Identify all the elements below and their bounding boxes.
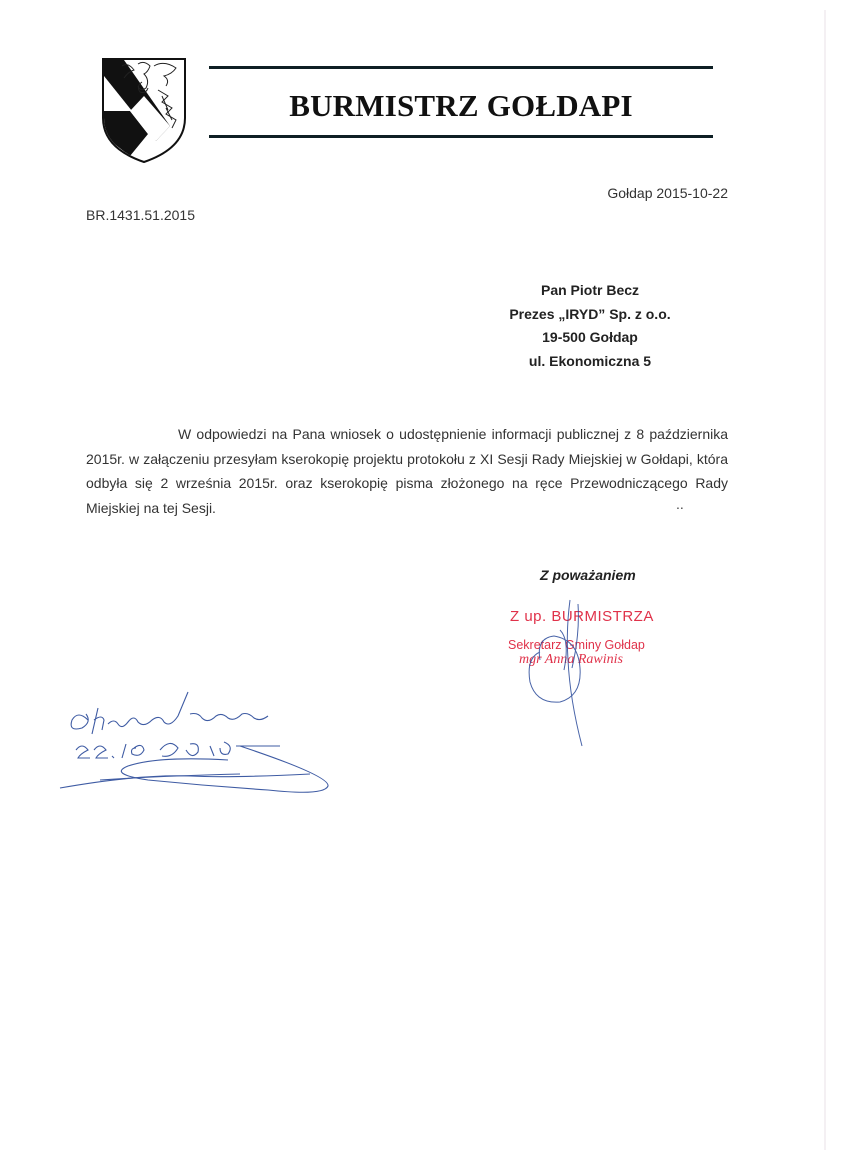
coat-of-arms-icon <box>100 56 188 164</box>
handwritten-signature-icon <box>500 590 620 750</box>
reference-number: BR.1431.51.2015 <box>86 207 195 223</box>
header-rule-top <box>209 66 713 69</box>
trailing-mark: .. <box>676 496 684 512</box>
scan-edge <box>824 10 826 1150</box>
recipient-address: Pan Piotr Becz Prezes „IRYD” Sp. z o.o. … <box>470 279 710 373</box>
header-rule-bottom <box>209 135 713 138</box>
handwritten-receipt-icon <box>40 690 350 810</box>
place-and-date: Gołdap 2015-10-22 <box>607 185 728 201</box>
recipient-name: Pan Piotr Becz <box>470 279 710 303</box>
letterhead-title: BURMISTRZ GOŁDAPI <box>209 88 713 124</box>
recipient-postal-city: 19-500 Gołdap <box>470 326 710 350</box>
recipient-title: Prezes „IRYD” Sp. z o.o. <box>470 303 710 327</box>
letter-body-paragraph: W odpowiedzi na Pana wniosek o udostępni… <box>86 422 728 520</box>
closing-salutation: Z poważaniem <box>540 567 636 583</box>
recipient-street: ul. Ekonomiczna 5 <box>470 350 710 374</box>
